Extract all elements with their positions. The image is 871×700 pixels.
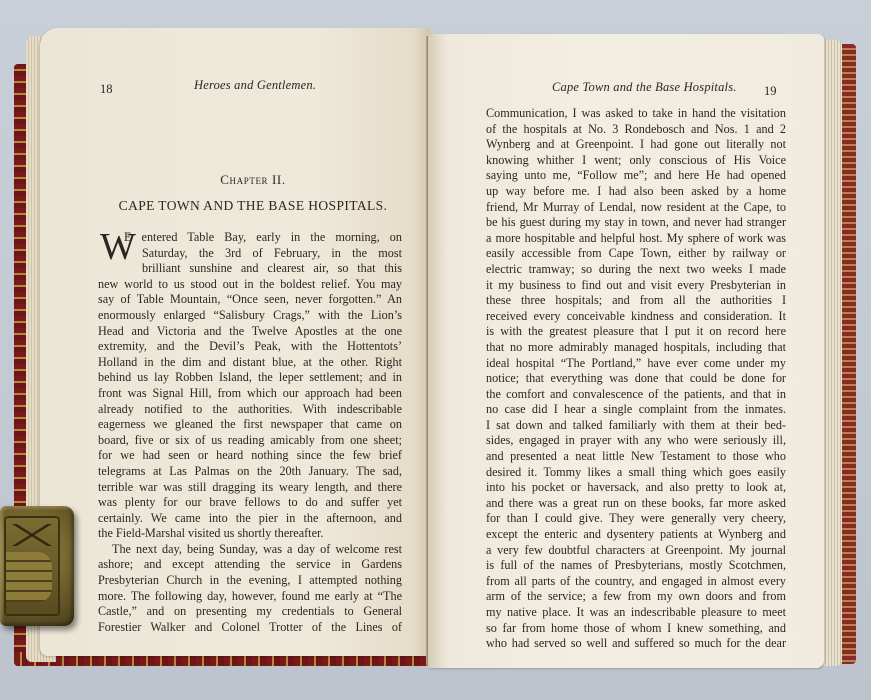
text-line: from all parts of the country, and engag…	[486, 574, 786, 590]
text-line: ideal hospital “The Portland,” have ever…	[486, 356, 786, 372]
photo-scene: 18 Heroes and Gentlemen. Chapter II. CAP…	[0, 0, 871, 700]
page-number-left: 18	[100, 82, 113, 97]
text-line: electric tramway; so during the next two…	[486, 262, 786, 278]
text-line: my native place. It was an indescribable…	[486, 605, 786, 621]
text-line: Castle,” and on presenting my credential…	[98, 604, 402, 620]
text-line: and presented a neat little New Testamen…	[486, 449, 786, 465]
text-line: the Field-Marshal visited us shortly the…	[98, 526, 402, 542]
text-line: so far from home those of whom I knew so…	[486, 621, 786, 637]
text-line: who had served so well and suffered so m…	[486, 636, 786, 652]
text-line: these three hospitals; and from all the …	[486, 293, 786, 309]
text-line: ashore; and except attending the service…	[98, 557, 402, 573]
text-line: notice; that everything was done that co…	[486, 371, 786, 387]
text-line: Holland in the dim and distant blue, at …	[98, 355, 402, 371]
text-line: for than I could give. They were general…	[486, 511, 786, 527]
text-line: it my business to find out and visit eve…	[486, 278, 786, 294]
text-line: no case did I hear a single complaint fr…	[486, 402, 786, 418]
text-line: E entered Table Bay, early in the mornin…	[98, 230, 402, 246]
text-line: Communication, I was asked to take in ha…	[486, 106, 786, 122]
text-line: the comfort and convalescence of the pat…	[486, 387, 786, 403]
text-line: a very few doubtful characters at Greenp…	[486, 543, 786, 559]
text-line: sides, engaged in prayer with any who we…	[486, 433, 786, 449]
text-line: into his pocket or haversack, and also p…	[486, 480, 786, 496]
crossed-lines-icon	[12, 524, 52, 546]
text-line: I sat down and talked familiarly with th…	[486, 418, 786, 434]
drop-cap: W	[100, 228, 136, 266]
text-line: that no more admirably managed hospitals…	[486, 340, 786, 356]
text-line: brilliant sunshine and clearest air, so …	[98, 261, 402, 277]
text-line: Presbyterian Church in the evening, I at…	[98, 573, 402, 589]
text-line: be his guest during my stay in town, and…	[486, 215, 786, 231]
text-line: extremity, and the Devil’s Peak, with th…	[98, 339, 402, 355]
text-line: board, five or six of us reading amicabl…	[98, 433, 402, 449]
right-page-body: Communication, I was asked to take in ha…	[486, 106, 786, 652]
text-line: already notified to the authorities. Wit…	[98, 402, 402, 418]
text-line: more. The following day, however, found …	[98, 589, 402, 605]
text-line: except the enteric and dysentery patient…	[486, 527, 786, 543]
page-number-right: 19	[764, 84, 777, 99]
text-line: a more hospitable and helpful host. My s…	[486, 231, 786, 247]
text-line: and there was a great run on these books…	[486, 496, 786, 512]
text-line: up way before me. I had also been asked …	[486, 184, 786, 200]
text-line: desired it. Tommy likes a small thing wh…	[486, 465, 786, 481]
text-line: knowing whither I went; only conscious o…	[486, 153, 786, 169]
text-line: enormously enlarged “Salisbury Crags,” w…	[98, 308, 402, 324]
text-line: is with the greatest pleasure that I put…	[486, 324, 786, 340]
text-line: front was Signal Hill, from which our ap…	[98, 386, 402, 402]
text-line: friend, Mr Murray of Lendal, now residen…	[486, 200, 786, 216]
text-line: arm of the service; a few from my own do…	[486, 589, 786, 605]
text-line: for we had seen or heard nothing since t…	[98, 448, 402, 464]
brass-holder-frame	[4, 516, 60, 616]
hand-relief-icon	[6, 552, 52, 602]
text-line: behind us lay Robben Island, the leper s…	[98, 370, 402, 386]
running-head-right: Cape Town and the Base Hospitals.	[552, 80, 737, 95]
text-line: of the hospitals at No. 3 Rondebosch and…	[486, 122, 786, 138]
text-line: new world to us stood out in the boldest…	[98, 277, 402, 293]
text-line: eagerness we gleaned the first newspaper…	[98, 417, 402, 433]
right-page: Cape Town and the Base Hospitals. 19 Com…	[428, 34, 824, 668]
text-line: telegrams at Las Palmas on the 20th Janu…	[98, 464, 402, 480]
text-line: Saturday, the 3rd of February, in the mo…	[98, 246, 402, 262]
text-line: certainly. We came into the pier in the …	[98, 511, 402, 527]
text-line: easily accessible from Cape Town, either…	[486, 246, 786, 262]
text-line: saying unto me, “Follow me”; and here He…	[486, 168, 786, 184]
left-page-body: W E entered Table Bay, early in the morn…	[98, 230, 402, 635]
text-line: Head and Victoria and the Twelve Apostle…	[98, 324, 402, 340]
book-cover-right-edge	[842, 44, 856, 664]
text-line: Wynberg and at Greenpoint. I had gone ou…	[486, 137, 786, 153]
text-line: received every conceivable kindness and …	[486, 309, 786, 325]
brass-page-holder	[0, 506, 74, 626]
running-head-left: Heroes and Gentlemen.	[194, 78, 316, 93]
text-line: Forestier Walker and Colonel Trotter of …	[98, 620, 402, 636]
left-page: 18 Heroes and Gentlemen. Chapter II. CAP…	[40, 28, 430, 656]
text-line: say of Table Mountain, “Once seen, never…	[98, 292, 402, 308]
text-line: terrible war was still dragging its wear…	[98, 480, 402, 496]
text-line: is full of the names of Presbyterians, m…	[486, 558, 786, 574]
chapter-title: CAPE TOWN AND THE BASE HOSPITALS.	[76, 198, 430, 214]
text-line: was plenty for our brave fellows to do a…	[98, 495, 402, 511]
chapter-label: Chapter II.	[76, 172, 430, 188]
text-line: The next day, being Sunday, was a day of…	[98, 542, 402, 558]
